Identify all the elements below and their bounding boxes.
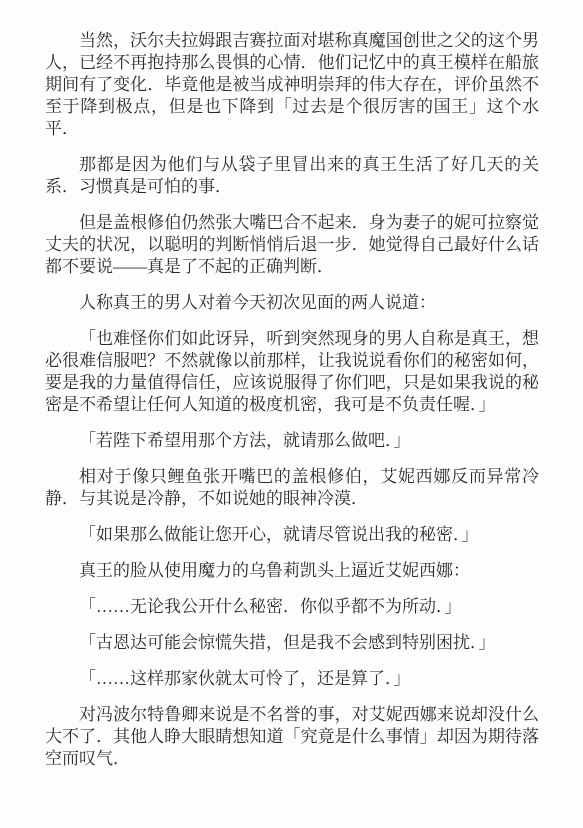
paragraph-narration: 真王的脸从使用魔力的乌鲁莉凯头上逼近艾妮西娜：	[45, 560, 539, 582]
paragraph-narration: 对冯波尔特鲁卿来说是不名誉的事，对艾妮西娜来说却没什么大不了．其他人睁大眼睛想知…	[45, 704, 539, 770]
paragraph-narration: 人称真王的男人对着今天初次见面的两人说道：	[45, 292, 539, 314]
paragraph-narration: 但是盖根修伯仍然张大嘴巴合不起来．身为妻子的妮可拉察觉丈夫的状况，以聪明的判断悄…	[45, 212, 539, 278]
paragraph-narration: 那都是因为他们与从袋子里冒出来的真王生活了好几天的关系．习惯真是可怕的事．	[45, 154, 539, 198]
paragraph-dialogue: 「也难怪你们如此讶异，听到突然现身的男人自称是真王，想必很难信服吧？不然就像以前…	[45, 328, 539, 416]
page: 当然，沃尔夫拉姆跟吉赛拉面对堪称真魔国创世之父的这个男人，已经不再抱持那么畏惧的…	[0, 0, 583, 828]
paragraph-dialogue: 「古恩达可能会惊慌失措，但是我不会感到特别困扰．」	[45, 632, 539, 654]
paragraph-dialogue: 「……无论我公开什么秘密．你似乎都不为所动．」	[45, 596, 539, 618]
paragraph-narration: 当然，沃尔夫拉姆跟吉赛拉面对堪称真魔国创世之父的这个男人，已经不再抱持那么畏惧的…	[45, 30, 539, 140]
paragraph-dialogue: 「……这样那家伙就太可怜了，还是算了．」	[45, 668, 539, 690]
paragraph-dialogue: 「若陛下希望用那个方法，就请那么做吧．」	[45, 430, 539, 452]
paragraph-dialogue: 「如果那么做能让您开心，就请尽管说出我的秘密．」	[45, 524, 539, 546]
paragraph-narration: 相对于像只鲤鱼张开嘴巴的盖根修伯，艾妮西娜反而异常冷静．与其说是冷静，不如说她的…	[45, 466, 539, 510]
